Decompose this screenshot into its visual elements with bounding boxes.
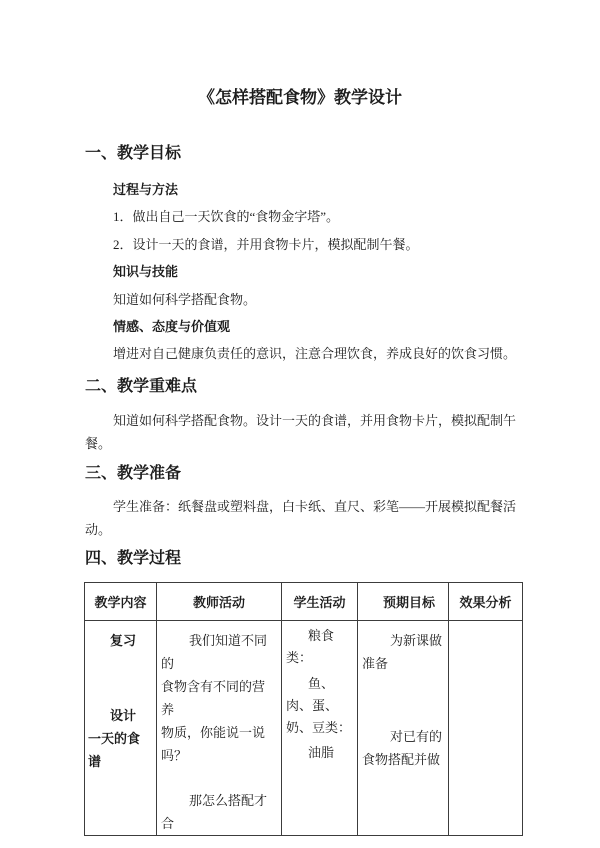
- expected-goal-existing: 对已有的 食物搭配并做: [362, 725, 444, 771]
- cell-student-activity: 粮食 类： 鱼、 肉、蛋、 奶、豆类： 油脂: [282, 621, 358, 836]
- table-row: 复习 设计 一天的食 谱 我们知道不同的 食物含有不同的营养 物质，你能说一说 …: [85, 621, 523, 836]
- cell-teacher-activity: 我们知道不同的 食物含有不同的营养 物质，你能说一说 吗？ 那怎么搭配才合: [157, 621, 282, 836]
- doc-title: 《怎样搭配食物》教学设计: [0, 86, 600, 110]
- header-teacher-activity: 教师活动: [157, 583, 282, 621]
- header-effect-analysis: 效果分析: [449, 583, 523, 621]
- header-expected-goal: 预期目标: [358, 583, 449, 621]
- section-1-paragraph-knowledge: 知道如何科学搭配食物。: [85, 288, 522, 311]
- teaching-process-table: 教学内容 教师活动 学生活动 预期目标 效果分析 复习 设计 一天的食 谱 我们…: [84, 582, 523, 836]
- student-activity-protein: 鱼、 肉、蛋、 奶、豆类：: [286, 673, 355, 739]
- teacher-activity-followup: 那怎么搭配才合: [161, 789, 277, 835]
- table-header-row: 教学内容 教师活动 学生活动 预期目标 效果分析: [85, 583, 523, 621]
- section-1-item-1: 1．做出自己一天饮食的“食物金字塔”。: [85, 205, 522, 228]
- section-1-heading: 一、教学目标: [85, 143, 181, 165]
- section-1-subheading-knowledge: 知识与技能: [113, 263, 178, 281]
- section-1-item-2: 2．设计一天的食谱，并用食物卡片，模拟配制午餐。: [85, 233, 522, 256]
- teacher-activity-question: 我们知道不同的 食物含有不同的营养 物质，你能说一说 吗？: [161, 629, 277, 767]
- header-student-activity: 学生活动: [282, 583, 358, 621]
- expected-goal-prepare: 为新课做 准备: [362, 629, 444, 675]
- section-3-heading: 三、教学准备: [85, 463, 181, 485]
- section-2-paragraph: 知道如何科学搭配食物。设计一天的食谱，并用食物卡片，模拟配制午 餐。: [85, 409, 522, 455]
- cell-expected-goal: 为新课做 准备 对已有的 食物搭配并做: [358, 621, 449, 836]
- document-page: 《怎样搭配食物》教学设计 一、教学目标 过程与方法 1．做出自己一天饮食的“食物…: [0, 0, 600, 848]
- cell-effect-analysis: [449, 621, 523, 836]
- section-2-heading: 二、教学重难点: [85, 376, 197, 398]
- section-3-paragraph: 学生准备：纸餐盘或塑料盘，白卡纸、直尺、彩笔——开展模拟配餐活 动。: [85, 495, 522, 541]
- student-activity-grains: 粮食 类：: [286, 625, 355, 669]
- section-1-subheading-emotion: 情感、态度与价值观: [113, 318, 230, 336]
- section-4-heading: 四、教学过程: [85, 548, 181, 570]
- teaching-content-design-menu: 设计 一天的食 谱: [88, 704, 153, 773]
- cell-teaching-content: 复习 设计 一天的食 谱: [85, 621, 157, 836]
- header-teaching-content: 教学内容: [85, 583, 157, 621]
- student-activity-fat: 油脂: [286, 742, 355, 764]
- teaching-content-review: 复习: [88, 629, 153, 652]
- section-1-paragraph-emotion: 增进对自己健康负责任的意识，注意合理饮食，养成良好的饮食习惯。: [85, 342, 522, 365]
- section-1-subheading-process: 过程与方法: [113, 181, 178, 199]
